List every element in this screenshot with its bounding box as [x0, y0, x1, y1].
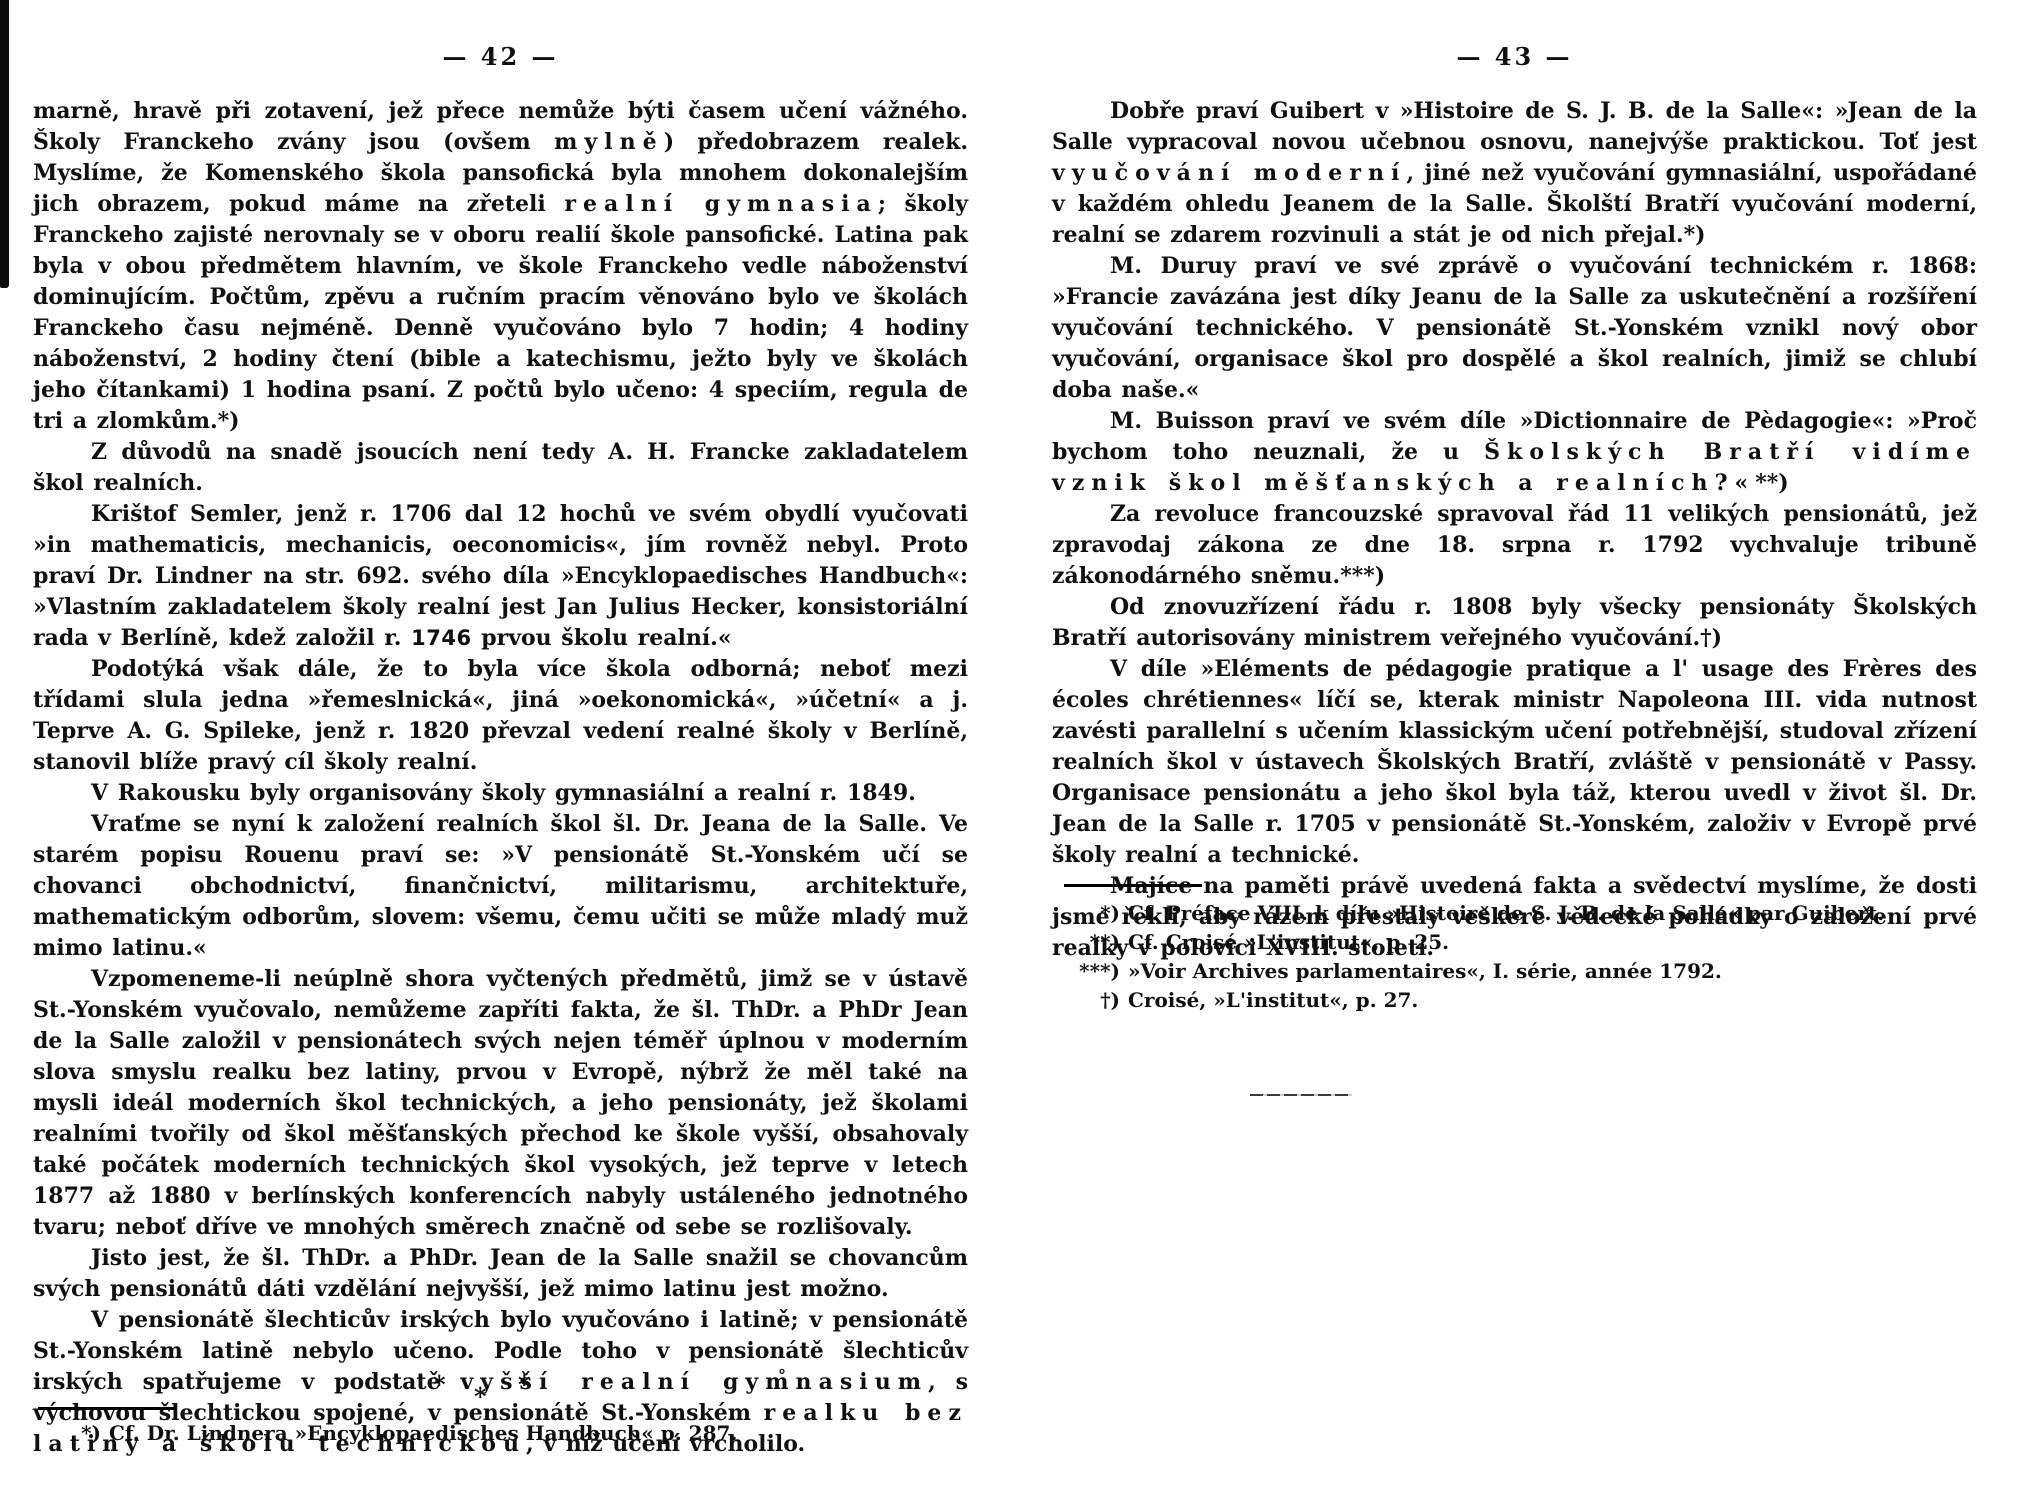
footnote-marker: **)	[1052, 928, 1120, 957]
footnote: *)Cf. Dr. Lindnera »Encyklopaedisches Ha…	[33, 1419, 968, 1448]
asterisk-mark: *	[474, 1390, 487, 1404]
footnotes: *)Cf. Préface VIII. k dílu »Histoire de …	[1052, 899, 1977, 1015]
paragraph: M. Duruy praví ve své zprávě o vyučování…	[1052, 251, 1977, 406]
footnote-text: Cf. Dr. Lindnera »Encyklopaedisches Hand…	[101, 1421, 737, 1445]
text-segment: mylně	[554, 129, 664, 155]
paragraph: V díle »Eléments de pédagogie pratique a…	[1052, 654, 1977, 871]
text-segment: 1746	[411, 626, 471, 650]
paragraph: marně, hravě při zotavení, jež přece nem…	[33, 96, 968, 437]
section-break-asterisks: * * *	[33, 1376, 968, 1416]
footnote: *)Cf. Préface VIII. k dílu »Histoire de …	[1052, 899, 1977, 928]
footnote-marker: ***)	[1052, 957, 1120, 986]
paragraph: Od znovuzřízení řádu r. 1808 byly všecky…	[1052, 592, 1977, 654]
asterisk-mark: *	[518, 1378, 531, 1392]
text-segment: Z důvodů na snadě jsoucích není tedy A. …	[33, 439, 968, 496]
paragraph: Vzpomeneme-li neúplně shora vyčtených př…	[33, 964, 968, 1243]
text-segment: prvou školu realní.«	[472, 625, 732, 651]
footnote-marker: *)	[1052, 899, 1120, 928]
asterisk-mark: *	[433, 1378, 446, 1392]
stray-print-mark: °	[778, 1366, 786, 1385]
paragraph: Za revoluce francouzské spravoval řád 11…	[1052, 499, 1977, 592]
footnote-rule	[1064, 884, 1202, 887]
paragraph: Jisto jest, že šl. ThDr. a PhDr. Jean de…	[33, 1243, 968, 1305]
footnote-marker: †)	[1052, 986, 1120, 1015]
paragraph: V Rakousku byly organisovány školy gymna…	[33, 778, 968, 809]
text-segment: Podotýká však dále, že to byla více škol…	[33, 656, 968, 775]
text-segment: realní gymnasia	[564, 191, 877, 217]
footnotes: *)Cf. Dr. Lindnera »Encyklopaedisches Ha…	[33, 1419, 968, 1448]
page-body: marně, hravě při zotavení, jež přece nem…	[33, 96, 968, 1460]
text-segment: vyučování moderní	[1052, 160, 1406, 186]
paragraph: Podotýká však dále, že to byla více škol…	[33, 654, 968, 778]
footnote: ***)»Voir Archives parlamentaires«, I. s…	[1052, 957, 1977, 986]
footnote: **)Cf. Croisé »L'institut«, p. 25.	[1052, 928, 1977, 957]
page-number: — 42 —	[33, 42, 968, 71]
footnote-rule	[38, 1407, 176, 1410]
paragraph: Vraťme se nyní k založení realních škol …	[33, 809, 968, 964]
footnote-text: Croisé, »L'institut«, p. 27.	[1120, 988, 1418, 1012]
end-of-chapter-rule	[1250, 1094, 1352, 1096]
paragraph: Z důvodů na snadě jsoucích není tedy A. …	[33, 437, 968, 499]
page-number: — 43 —	[1052, 42, 1977, 71]
footnote-text: Cf. Croisé »L'institut«, p. 25.	[1120, 930, 1449, 954]
text-segment: Vraťme se nyní k založení realních škol …	[33, 811, 968, 961]
text-segment: **)	[1755, 470, 1788, 496]
text-segment: Vzpomeneme-li neúplně shora vyčtených př…	[33, 966, 968, 1240]
text-segment: Za revoluce francouzské spravoval řád 11…	[1052, 501, 1977, 589]
paragraph: M. Buisson praví ve svém díle »Dictionna…	[1052, 406, 1977, 499]
text-segment: M. Duruy praví ve své zprávě o vyučování…	[1052, 253, 1977, 403]
book-scan: { "document": { "left_page": { "page_num…	[0, 0, 2018, 1500]
page-body: Dobře praví Guibert v »Histoire de S. J.…	[1052, 96, 1977, 964]
text-segment: Od znovuzřízení řádu r. 1808 byly všecky…	[1052, 594, 1977, 651]
paragraph: Krištof Semler, jenž r. 1706 dal 12 hoch…	[33, 499, 968, 654]
paragraph: Dobře praví Guibert v »Histoire de S. J.…	[1052, 96, 1977, 251]
page-43: — 43 — Dobře praví Guibert v »Histoire d…	[1052, 0, 1977, 1500]
page-42: — 42 — marně, hravě při zotavení, jež př…	[33, 0, 968, 1500]
footnote: †)Croisé, »L'institut«, p. 27.	[1052, 986, 1977, 1015]
text-segment: V Rakousku byly organisovány školy gymna…	[91, 780, 916, 806]
text-segment: Jisto jest, že šl. ThDr. a PhDr. Jean de…	[33, 1245, 968, 1302]
text-segment: V díle »Eléments de pédagogie pratique a…	[1052, 656, 1977, 868]
text-segment: ; školy Franckeho zajisté nerovnaly se v…	[33, 191, 968, 434]
footnote-marker: *)	[33, 1419, 101, 1448]
scan-edge-artifact	[0, 0, 9, 288]
footnote-text: »Voir Archives parlamentaires«, I. série…	[1120, 959, 1722, 983]
text-segment: Dobře praví Guibert v »Histoire de S. J.…	[1052, 98, 1977, 155]
footnote-text: Cf. Préface VIII. k dílu »Histoire de S.…	[1120, 901, 1884, 925]
